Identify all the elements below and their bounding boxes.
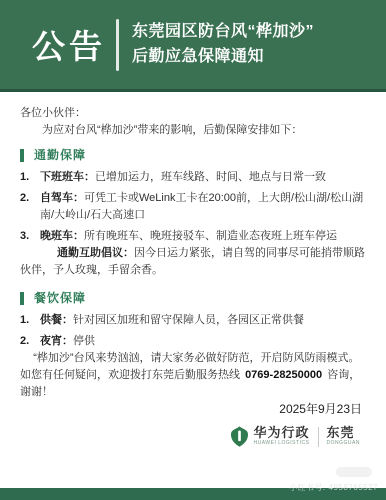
list-item-text: 所有晚班车、晚班接驳车、制造业态夜班上班车停运 xyxy=(84,230,337,242)
list-item-shuttle: 1. 下班班车：已增加运力，班车线路、时间、地点与日常一致 xyxy=(20,169,366,186)
section-header-commute: 通勤保障 xyxy=(20,148,366,162)
logo-text-huawei-logistics: 华为行政 HUAWEI LOGISTICS xyxy=(254,426,310,447)
list-item-content: 自驾车：可凭工卡或WeLink工卡在20:00前，上大朗/松山湖/松山湖南/大岭… xyxy=(40,190,366,224)
list-item-meals: 1. 供餐：针对园区加班和留守保障人员，各园区正常供餐 xyxy=(20,312,366,329)
huawei-logistics-shield-icon xyxy=(231,426,248,447)
notice-title-line1: 东莞园区防台风“桦加沙” xyxy=(132,20,314,45)
notice-header: 公告 东莞园区防台风“桦加沙” 后勤应急保障通知 xyxy=(0,0,386,92)
list-item-supper: 2. 夜宵：停供 xyxy=(20,333,366,350)
notice-page: 公告 东莞园区防台风“桦加沙” 后勤应急保障通知 各位小伙伴： 为应对台风“桦加… xyxy=(0,0,386,500)
list-item-number: 1. xyxy=(20,169,40,186)
logo-divider xyxy=(318,427,319,447)
logo-cn-label: 华为行政 xyxy=(254,426,310,440)
intro-paragraph: 为应对台风“桦加沙”带来的影响，后勤保障安排如下： xyxy=(20,122,366,139)
org-cn-label: 东莞 xyxy=(327,426,360,440)
greeting-text: 各位小伙伴： xyxy=(20,105,366,122)
watermark-text: 小红书号: 4958765527 xyxy=(289,482,378,493)
list-item-text: 已增加运力，班车线路、时间、地点与日常一致 xyxy=(95,171,326,183)
carpool-note: 通勤互助倡议：因今日运力紧张，请自驾的同事尽可能捎带顺路伙伴，予人玫瑰，手留余香… xyxy=(20,245,366,279)
list-item-night-bus: 3. 晚班车：所有晚班车、晚班接驳车、制造业态夜班上班车停运 xyxy=(20,228,366,245)
list-item-number: 1. xyxy=(20,312,40,329)
notice-title: 东莞园区防台风“桦加沙” 后勤应急保障通知 xyxy=(132,20,314,70)
list-item-content: 下班班车：已增加运力，班车线路、时间、地点与日常一致 xyxy=(40,169,366,186)
list-item-number: 3. xyxy=(20,228,40,245)
list-item-text: 针对园区加班和留守保障人员，各园区正常供餐 xyxy=(73,314,304,326)
closing-contact-prefix: 如您有任何疑问，欢迎拨打东莞后勤服务热线 xyxy=(20,369,243,381)
list-item-label: 下班班车： xyxy=(40,171,95,183)
list-item-text: 可凭工卡或WeLink工卡在20:00前，上大朗/松山湖/松山湖南/大岭山/石大… xyxy=(40,192,363,221)
list-item-label: 自驾车： xyxy=(40,192,84,204)
section-marker-icon xyxy=(20,292,24,305)
header-divider xyxy=(116,19,119,71)
list-item-text: 停供 xyxy=(73,335,95,347)
carpool-note-label: 通勤互助倡议： xyxy=(57,247,134,259)
list-item-content: 晚班车：所有晚班车、晚班接驳车、制造业态夜班上班车停运 xyxy=(40,228,366,245)
closing-contact: 如您有任何疑问，欢迎拨打东莞后勤服务热线 0769-28250000 咨询，谢谢… xyxy=(20,367,366,401)
logo-en-label: HUAWEI LOGISTICS xyxy=(254,441,310,447)
hotline-number: 0769-28250000 xyxy=(245,369,322,381)
list-item-number: 2. xyxy=(20,333,40,350)
list-item-content: 供餐：针对园区加班和留守保障人员，各园区正常供餐 xyxy=(40,312,366,329)
list-item-label: 夜宵： xyxy=(40,335,73,347)
logo-text-dongguan: 东莞 DONGGUAN xyxy=(327,426,360,447)
org-en-label: DONGGUAN xyxy=(327,441,360,447)
notice-date: 2025年9月23日 xyxy=(20,401,366,418)
list-item-content: 夜宵：停供 xyxy=(40,333,366,350)
announcement-badge: 公告 xyxy=(32,21,106,68)
list-item-label: 晚班车： xyxy=(40,230,84,242)
watermark-badge xyxy=(336,467,372,477)
closing-warning: “桦加沙”台风来势汹汹，请大家务必做好防范，开启防风防雨模式。 xyxy=(20,350,366,367)
section-header-dining: 餐饮保障 xyxy=(20,291,366,305)
section-title-dining: 餐饮保障 xyxy=(34,290,86,307)
notice-title-line2: 后勤应急保障通知 xyxy=(132,45,314,70)
list-item-label: 供餐： xyxy=(40,314,73,326)
section-marker-icon xyxy=(20,149,24,162)
list-item-number: 2. xyxy=(20,190,40,224)
list-item-private-car: 2. 自驾车：可凭工卡或WeLink工卡在20:00前，上大朗/松山湖/松山湖南… xyxy=(20,190,366,224)
notice-body: 各位小伙伴： 为应对台风“桦加沙”带来的影响，后勤保障安排如下： 通勤保障 1.… xyxy=(0,92,386,447)
footer-logo: 华为行政 HUAWEI LOGISTICS 东莞 DONGGUAN xyxy=(20,426,366,447)
section-title-commute: 通勤保障 xyxy=(34,147,86,164)
